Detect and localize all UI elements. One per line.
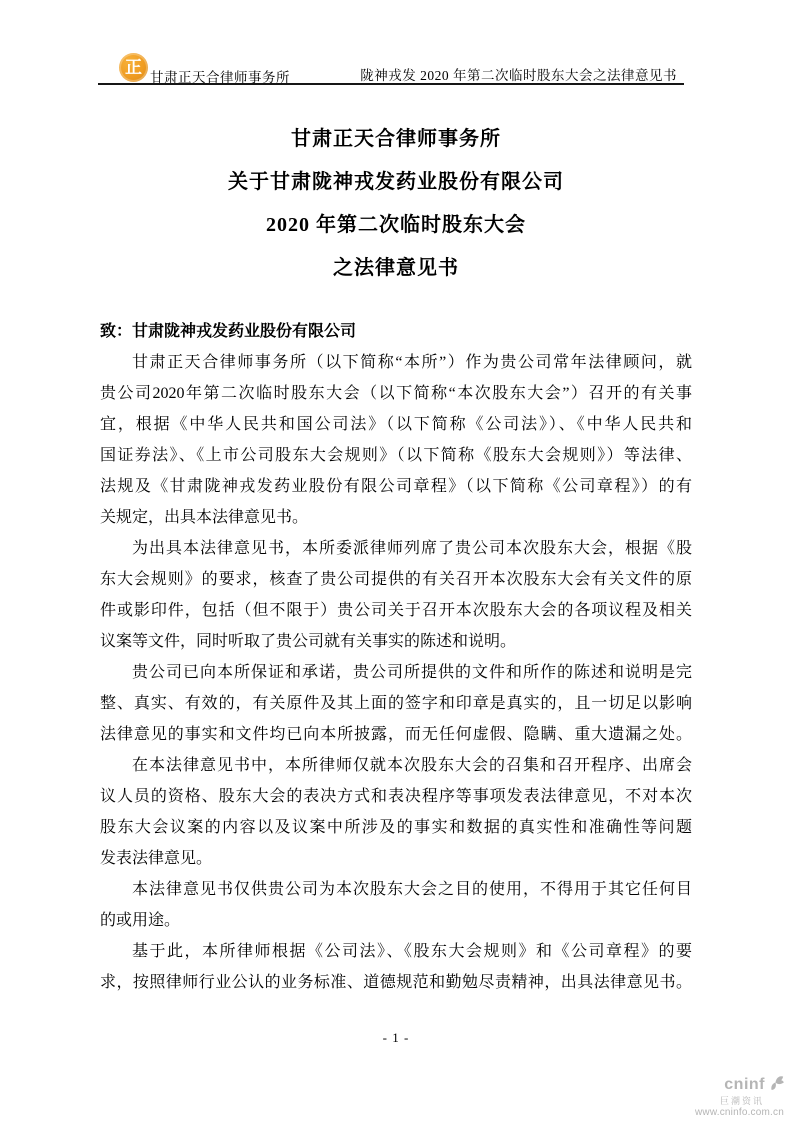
logo-glyph: 正 — [125, 59, 142, 76]
law-firm-logo-icon: 正 — [119, 53, 148, 82]
paragraph-line: 求，按照律师行业公认的业务标准、道德规范和勤勉尽责精神，出具法律意见书。 — [100, 967, 692, 998]
paragraph-line: 国证券法》、《上市公司股东大会规则》（以下简称《股东大会规则》）等法律、 — [100, 440, 692, 471]
paragraph-line: 件或影印件，包括（但不限于）贵公司关于召开本次股东大会的各项议程及相关 — [100, 595, 692, 626]
paragraph-line: 法规及《甘肃陇神戎发药业股份有限公司章程》（以下简称《公司章程》）的有 — [100, 471, 692, 502]
paragraph-line: 为出具本法律意见书，本所委派律师列席了贵公司本次股东大会，根据《股 — [100, 533, 692, 564]
document-title: 甘肃正天合律师事务所 关于甘肃陇神戎发药业股份有限公司 2020 年第二次临时股… — [100, 118, 692, 290]
paragraph-line: 议人员的资格、股东大会的表决方式和表决程序等事项发表法律意见，不对本次 — [100, 781, 692, 812]
salutation-line: 致：甘肃陇神戎发药业股份有限公司 — [100, 316, 692, 347]
header-doc-reference: 陇神戎发 2020 年第二次临时股东大会之法律意见书 — [360, 64, 677, 84]
cninfo-brand-text: cninf — [724, 1077, 765, 1094]
paragraph-line: 整、真实、有效的，有关原件及其上面的签字和印章是真实的，且一切足以影响 — [100, 688, 692, 719]
document-body: 致：甘肃陇神戎发药业股份有限公司 甘肃正天合律师事务所（以下简称“本所”）作为贵… — [100, 316, 692, 998]
paragraph-line: 东大会规则》的要求，核查了贵公司提供的有关召开本次股东大会有关文件的原 — [100, 564, 692, 595]
header-rule — [98, 83, 684, 85]
paragraph-line: 发表法律意见。 — [100, 843, 692, 874]
pinwheel-icon — [767, 1074, 784, 1096]
title-line-4: 之法律意见书 — [100, 247, 692, 290]
paragraph-line: 股东大会议案的内容以及议案中所涉及的事实和数据的真实性和准确性等问题 — [100, 812, 692, 843]
title-line-3: 2020 年第二次临时股东大会 — [100, 204, 692, 247]
title-line-2: 关于甘肃陇神戎发药业股份有限公司 — [100, 161, 692, 204]
cninfo-url: www.cninfo.com.cn — [695, 1108, 784, 1119]
paragraph-line: 关规定，出具本法律意见书。 — [100, 502, 692, 533]
cninfo-watermark: cninf 巨潮资讯 www.cninfo.com.cn — [695, 1074, 784, 1119]
paragraph-line: 贵公司已向本所保证和承诺，贵公司所提供的文件和所作的陈述和说明是完 — [100, 657, 692, 688]
cninfo-brand-row: cninf — [724, 1074, 784, 1096]
paragraph-line: 议案等文件，同时听取了贵公司就有关事实的陈述和说明。 — [100, 626, 692, 657]
paragraph-line: 本法律意见书仅供贵公司为本次股东大会之目的使用，不得用于其它任何目 — [100, 874, 692, 905]
paragraph-line: 在本法律意见书中，本所律师仅就本次股东大会的召集和召开程序、出席会 — [100, 750, 692, 781]
paragraph-line: 基于此，本所律师根据《公司法》、《股东大会规则》和《公司章程》的要 — [100, 936, 692, 967]
paragraph-line: 宜，根据《中华人民共和国公司法》（以下简称《公司法》）、《中华人民共和 — [100, 409, 692, 440]
paragraph-line: 甘肃正天合律师事务所（以下简称“本所”）作为贵公司常年法律顾问，就 — [100, 347, 692, 378]
paragraph-line: 的或用途。 — [100, 905, 692, 936]
cninfo-chinese-name: 巨潮资讯 — [720, 1097, 784, 1106]
page-number: - 1 - — [100, 1030, 692, 1046]
title-line-1: 甘肃正天合律师事务所 — [100, 118, 692, 161]
body-paragraphs: 甘肃正天合律师事务所（以下简称“本所”）作为贵公司常年法律顾问，就贵公司2020… — [100, 347, 692, 998]
document-page: 正 甘肃正天合律师事务所 陇神戎发 2020 年第二次临时股东大会之法律意见书 … — [0, 0, 792, 1122]
paragraph-line: 贵公司2020年第二次临时股东大会（以下简称“本次股东大会”）召开的有关事 — [100, 378, 692, 409]
paragraph-line: 法律意见的事实和文件均已向本所披露，而无任何虚假、隐瞒、重大遗漏之处。 — [100, 719, 692, 750]
